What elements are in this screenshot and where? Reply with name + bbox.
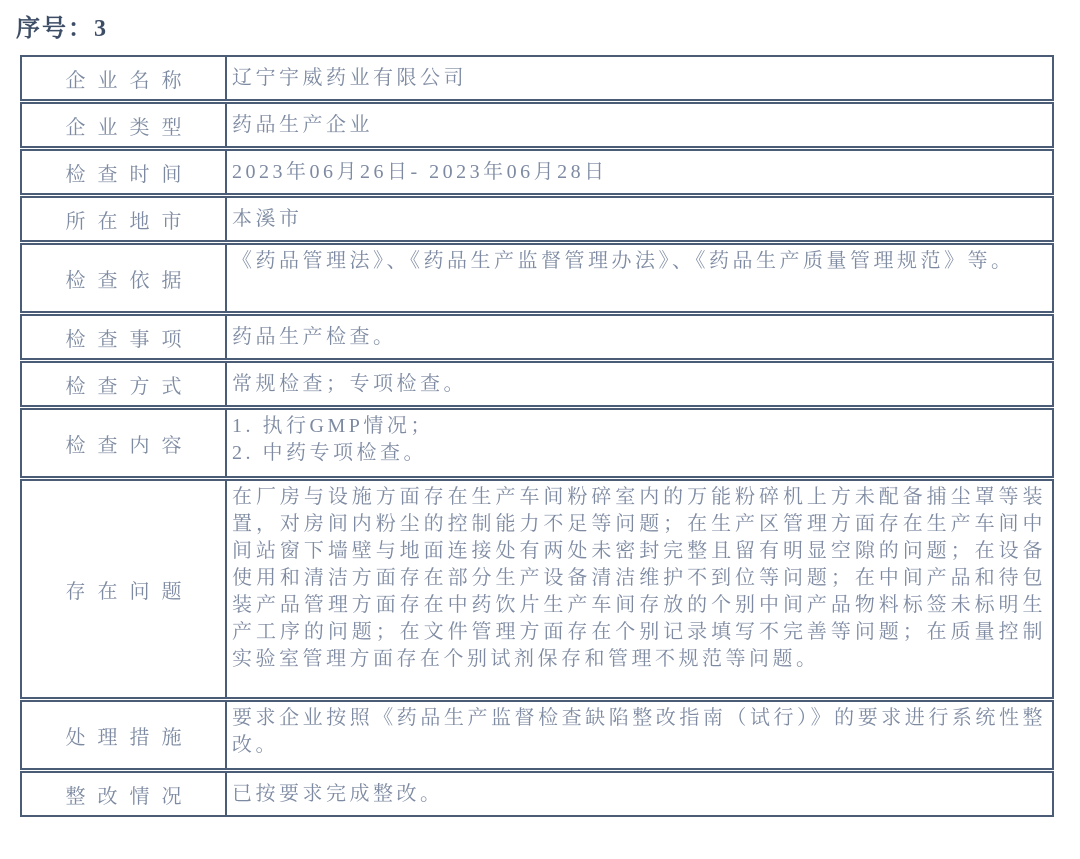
row-label: 检查时间 <box>22 151 227 193</box>
serial-number-heading: 序号：3 <box>16 8 1080 43</box>
row-value: 药品生产检查。 <box>227 316 1052 358</box>
table-row-handling-measures: 处理措施 要求企业按照《药品生产监督检查缺陷整改指南（试行）》的要求进行系统性整… <box>20 700 1054 770</box>
row-label: 存在问题 <box>22 481 227 697</box>
table-row-city: 所在地市 本溪市 <box>20 196 1054 242</box>
table-row-inspection-time: 检查时间 2023年06月26日- 2023年06月28日 <box>20 149 1054 195</box>
row-label: 企业名称 <box>22 57 227 99</box>
row-value: 要求企业按照《药品生产监督检查缺陷整改指南（试行）》的要求进行系统性整改。 <box>227 702 1052 768</box>
row-label: 所在地市 <box>22 198 227 240</box>
table-row-inspection-content: 检查内容 1. 执行GMP情况； 2. 中药专项检查。 <box>20 408 1054 478</box>
row-value: 1. 执行GMP情况； 2. 中药专项检查。 <box>227 410 1052 476</box>
table-row-problems-found: 存在问题 在厂房与设施方面存在生产车间粉碎室内的万能粉碎机上方未配备捕尘罩等装置… <box>20 479 1054 699</box>
row-value: 药品生产企业 <box>227 104 1052 146</box>
inspection-table: 企业名称 辽宁宇威药业有限公司 企业类型 药品生产企业 检查时间 2023年06… <box>20 55 1054 817</box>
row-value: 《药品管理法》、《药品生产监督管理办法》、《药品生产质量管理规范》等。 <box>227 245 1052 311</box>
row-value: 常规检查；专项检查。 <box>227 363 1052 405</box>
row-value: 本溪市 <box>227 198 1052 240</box>
row-value: 已按要求完成整改。 <box>227 773 1052 815</box>
row-label: 检查事项 <box>22 316 227 358</box>
table-row-rectification-status: 整改情况 已按要求完成整改。 <box>20 771 1054 817</box>
row-label: 检查内容 <box>22 410 227 476</box>
table-row-inspection-method: 检查方式 常规检查；专项检查。 <box>20 361 1054 407</box>
row-label: 检查依据 <box>22 245 227 311</box>
table-row-inspection-basis: 检查依据 《药品管理法》、《药品生产监督管理办法》、《药品生产质量管理规范》等。 <box>20 243 1054 313</box>
row-value: 辽宁宇威药业有限公司 <box>227 57 1052 99</box>
row-value: 2023年06月26日- 2023年06月28日 <box>227 151 1052 193</box>
row-label: 整改情况 <box>22 773 227 815</box>
row-value: 在厂房与设施方面存在生产车间粉碎室内的万能粉碎机上方未配备捕尘罩等装置，对房间内… <box>227 481 1052 697</box>
table-row-inspection-matter: 检查事项 药品生产检查。 <box>20 314 1054 360</box>
row-label: 处理措施 <box>22 702 227 768</box>
table-row-company-type: 企业类型 药品生产企业 <box>20 102 1054 148</box>
table-row-company-name: 企业名称 辽宁宇威药业有限公司 <box>20 55 1054 101</box>
row-label: 检查方式 <box>22 363 227 405</box>
inspection-record-page: 序号：3 企业名称 辽宁宇威药业有限公司 企业类型 药品生产企业 检查时间 20… <box>0 0 1080 859</box>
row-label: 企业类型 <box>22 104 227 146</box>
